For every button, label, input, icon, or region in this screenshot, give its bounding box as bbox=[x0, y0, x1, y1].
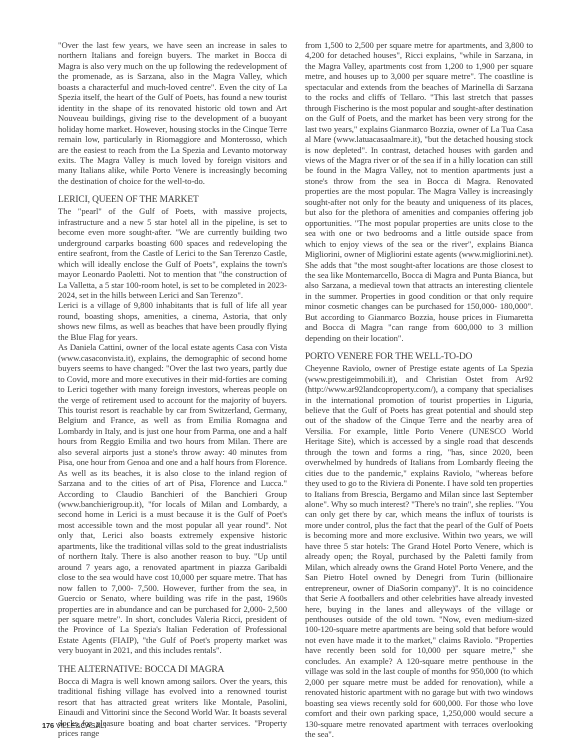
paragraph-porto-venere: Cheyenne Raviolo, owner of Prestige esta… bbox=[305, 363, 533, 739]
page-footer: 176 VILLE&CASALI bbox=[42, 721, 106, 730]
paragraph-lerici-village: Lerici is a village of 9,800 inhabitants… bbox=[58, 300, 287, 342]
paragraph-prices: from 1,500 to 2,500 per square metre for… bbox=[305, 40, 533, 343]
left-column: "Over the last few years, we have seen a… bbox=[58, 40, 287, 739]
page-number: 176 bbox=[42, 721, 54, 730]
heading-lerici: LERICI, QUEEN OF THE MARKET bbox=[58, 195, 287, 206]
paragraph-lerici-buyers: As Daniela Cattini, owner of the local e… bbox=[58, 342, 287, 656]
heading-bocca-di-magra: THE ALTERNATIVE: BOCCA DI MAGRA bbox=[58, 665, 287, 676]
paragraph-lerici-pearl: The "pearl" of the Gulf of Poets, with m… bbox=[58, 206, 287, 300]
heading-porto-venere: PORTO VENERE FOR THE WELL-TO-DO bbox=[305, 352, 533, 363]
publication-name: VILLE&CASALI bbox=[56, 721, 106, 730]
paragraph-intro: "Over the last few years, we have seen a… bbox=[58, 40, 287, 186]
right-column: from 1,500 to 2,500 per square metre for… bbox=[305, 40, 533, 739]
